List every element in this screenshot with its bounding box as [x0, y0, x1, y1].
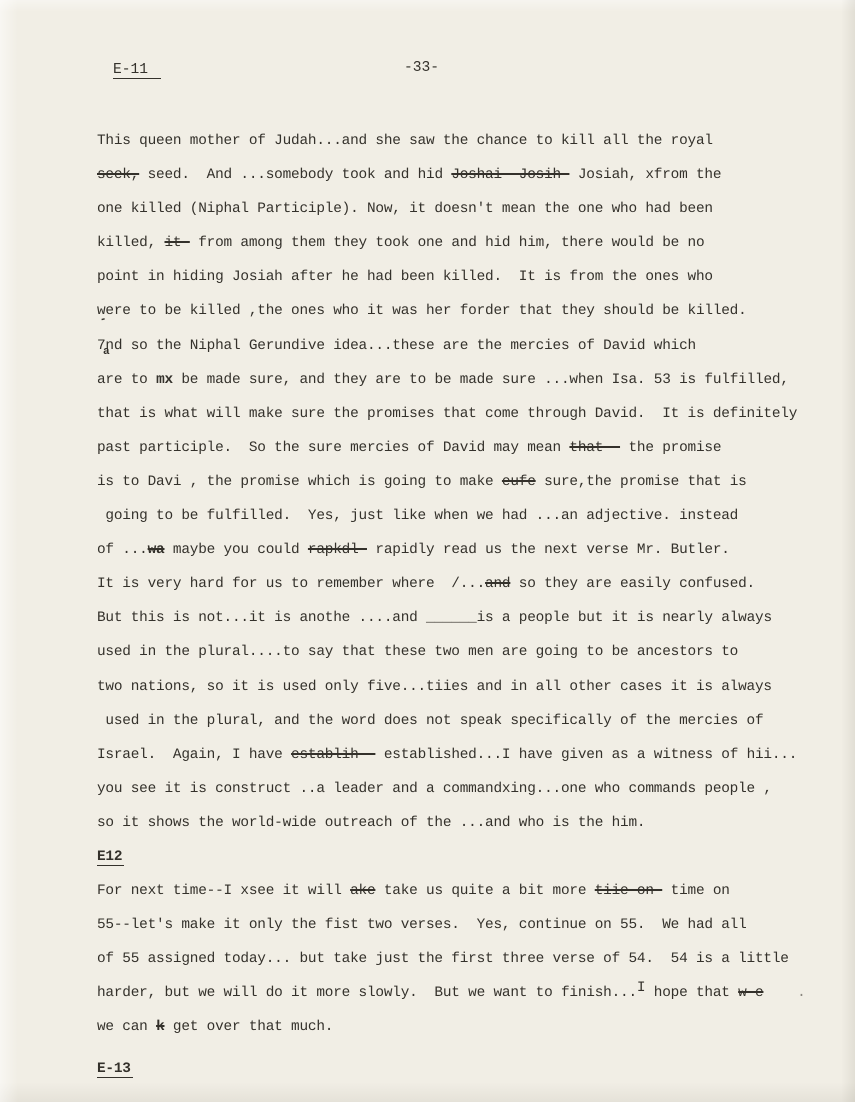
text-segment-strike: ake [350, 883, 375, 899]
text-segment: maybe you could [165, 542, 308, 558]
text-segment: that is what will make sure the promises… [97, 406, 797, 422]
text-segment-faint: . [763, 985, 805, 1001]
text-line: of ...wa maybe you could rapkdl- rapidly… [97, 533, 842, 567]
text-segment-strike: and [485, 576, 510, 592]
text-segment: established...I have given as a witness … [375, 747, 797, 763]
text-segment: used in the plural, and the word does no… [97, 713, 763, 729]
text-segment: rapidly read us the next verse Mr. Butle… [367, 542, 730, 558]
text-segment: But this is not...it is anothe ....and [97, 610, 426, 626]
text-segment: be made sure, and they are to be made su… [173, 372, 789, 388]
text-segment-sup: I [637, 980, 645, 996]
text-line: one killed (Niphal Participle). Now, it … [97, 192, 842, 226]
text-segment: harder, but we will do it more slowly. B… [97, 985, 637, 1001]
text-line: used in the plural....to say that these … [97, 635, 842, 669]
text-line: past participle. So the sure mercies of … [97, 431, 842, 465]
text-line: used in the plural, and the word does no… [97, 704, 842, 738]
text-segment: were to be killed ,the ones who it was h… [97, 303, 747, 319]
text-segment: of 55 assigned today... but take just th… [97, 951, 789, 967]
header-section-label: E-11 [113, 62, 161, 79]
text-segment: 55--let's make it only the fist two vers… [97, 917, 747, 933]
text-segment: from among them they took one and hid hi… [190, 235, 705, 251]
text-segment: ______ [426, 610, 477, 626]
text-segment-boldstrike: k [156, 1019, 164, 1035]
text-segment: point in hiding Josiah after he had been… [97, 269, 713, 285]
text-segment: is to Davi , the promise which is going … [97, 474, 502, 490]
text-segment-strike: w-e [738, 985, 763, 1001]
text-line: are to mx be made sure, and they are to … [97, 363, 842, 397]
text-segment: take us quite a bit more [375, 883, 594, 899]
text-segment-strike: seek, [97, 167, 139, 183]
text-line: This queen mother of Judah...and she saw… [97, 124, 842, 158]
text-segment: used in the plural....to say that these … [97, 644, 738, 660]
text-segment: so they are easily confused. [510, 576, 755, 592]
text-line: It is very hard for us to remember where… [97, 567, 842, 601]
text-segment: sure,the promise that is [536, 474, 747, 490]
text-line: Israel. Again, I have establih-- establi… [97, 738, 842, 772]
text-line: so it shows the world-wide outreach of t… [97, 806, 842, 840]
text-segment: Josiah, xfrom the [569, 167, 721, 183]
text-line: For next time--I xsee it will ake take u… [97, 874, 842, 908]
text-segment: you see it is construct ..a leader and a… [97, 781, 772, 797]
text-line: is to Davi , the promise which is going … [97, 465, 842, 499]
text-segment: seed. And ...somebody took and hid [139, 167, 451, 183]
text-segment: hope that [645, 985, 738, 1001]
text-segment: Israel. Again, I have [97, 747, 291, 763]
text-segment: we can [97, 1019, 156, 1035]
text-segment: This queen mother of Judah...and she saw… [97, 133, 713, 149]
text-segment: of ... [97, 542, 148, 558]
text-line: were to be killed ,the ones who it was h… [97, 294, 842, 328]
text-line: point in hiding Josiah after he had been… [97, 260, 842, 294]
text-segment: going to be fulfilled. Yes, just like wh… [97, 508, 738, 524]
text-segment: killed, [97, 235, 165, 251]
text-line: seek, seed. And ...somebody took and hid… [97, 158, 842, 192]
text-segment-strike: rapkdl- [308, 542, 367, 558]
text-line: killed, it- from among them they took on… [97, 226, 842, 260]
page-number: -33- [404, 60, 439, 76]
document-body: This queen mother of Judah...and she saw… [97, 124, 842, 1086]
text-segment: two nations, so it is used only five...t… [97, 679, 772, 695]
text-segment: It is very hard for us to remember where… [97, 576, 485, 592]
text-segment-strike: tiie-on- [595, 883, 663, 899]
text-segment: 7nd so the Niphal Gerundive idea...these… [97, 338, 696, 354]
text-segment: For next time--I xsee it will [97, 883, 350, 899]
text-segment-strike: eufe [502, 474, 536, 490]
text-line: we can k get over that much. [97, 1010, 842, 1044]
text-segment-strike: establih-- [291, 747, 375, 763]
document-page: E-11 -33- - a This queen mother of Judah… [0, 0, 855, 1102]
text-segment: is a people but it is nearly always [477, 610, 772, 626]
text-line: But this is not...it is anothe ....and _… [97, 601, 842, 635]
text-line: 55--let's make it only the fist two vers… [97, 908, 842, 942]
section-label-e12: E12 [97, 840, 842, 874]
section-label-e13: E-13 [97, 1052, 842, 1086]
text-line: 7nd so the Niphal Gerundive idea...these… [97, 329, 842, 363]
text-segment: one killed (Niphal Participle). Now, it … [97, 201, 713, 217]
text-line: that is what will make sure the promises… [97, 397, 842, 431]
text-segment: the promise [620, 440, 721, 456]
text-segment-strike: Joshai--Josih- [451, 167, 569, 183]
text-segment: are to [97, 372, 156, 388]
text-segment: E12 [97, 849, 124, 866]
text-line: going to be fulfilled. Yes, just like wh… [97, 499, 842, 533]
text-segment-boldstrike: wa [148, 542, 165, 558]
text-segment-strike: it- [165, 235, 190, 251]
text-segment-bold: mx [156, 372, 173, 388]
text-segment-strike: that-- [569, 440, 620, 456]
text-segment: E-13 [97, 1061, 133, 1078]
text-line: harder, but we will do it more slowly. B… [97, 976, 842, 1010]
text-segment: so it shows the world-wide outreach of t… [97, 815, 645, 831]
text-line: of 55 assigned today... but take just th… [97, 942, 842, 976]
text-line: two nations, so it is used only five...t… [97, 670, 842, 704]
text-segment: time on [662, 883, 730, 899]
text-segment: past participle. So the sure mercies of … [97, 440, 569, 456]
text-line: you see it is construct ..a leader and a… [97, 772, 842, 806]
text-segment: get over that much. [165, 1019, 334, 1035]
